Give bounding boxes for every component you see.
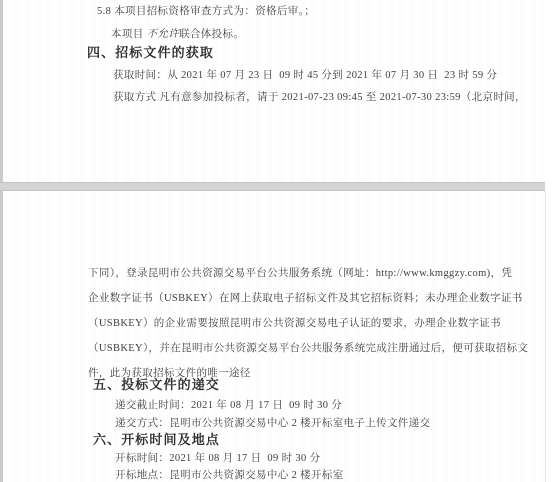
- joint-bid-emphasis: 不允许: [147, 29, 180, 40]
- section-5-heading: 五、投标文件的递交: [93, 377, 220, 392]
- section-6-heading: 六、开标时间及地点: [93, 432, 220, 447]
- document-page-1: 5.8 本项目招标资格审查方式为：资格后审。； 本项目 不允许联合体投标。 四、…: [3, 0, 545, 182]
- joint-bid-suffix: 联合体投标。: [179, 29, 244, 40]
- page-gap: [0, 182, 545, 191]
- open-time-line: 开标时间：2021 年 08 月 17 日 09 时 30 分: [115, 453, 320, 465]
- continuation-line-2: 企业数字证书（USBKEY）在网上获取电子招标文件及其它招标资料；未办理企业数字…: [88, 293, 523, 305]
- document-viewer: 5.8 本项目招标资格审查方式为：资格后审。； 本项目 不允许联合体投标。 四、…: [0, 0, 554, 482]
- joint-bid-prefix: 本项目: [111, 29, 147, 40]
- continuation-line-4: （USBKEY），并在昆明市公共资源交易平台公共服务系统完成注册通过后，便可获取…: [88, 343, 528, 355]
- document-page-2: 下同），登录昆明市公共资源交易平台公共服务系统（网址：http://www.km…: [3, 191, 546, 482]
- continuation-line-3: （USBKEY）的企业需要按照昆明市公共资源交易电子认证的要求，办理企业数字证书: [88, 318, 501, 330]
- joint-bid-line: 本项目 不允许联合体投标。: [111, 29, 244, 41]
- obtain-method-line: 获取方式 凡有意参加投标者，请于 2021-07-23 09:45 至 2021…: [113, 92, 526, 104]
- section-4-heading: 四、招标文件的获取: [87, 45, 214, 60]
- continuation-line-1: 下同），登录昆明市公共资源交易平台公共服务系统（网址：http://www.km…: [88, 268, 512, 280]
- submit-method-line: 递交方式：昆明市公共资源交易中心 2 楼开标室电子上传文件递交: [115, 418, 430, 430]
- obtain-time-line: 获取时间：从 2021 年 07 月 23 日 09 时 45 分到 2021 …: [113, 70, 497, 82]
- clause-5-8-line: 5.8 本项目招标资格审查方式为：资格后审。；: [97, 6, 315, 18]
- submit-deadline-line: 递交截止时间：2021 年 08 月 17 日 09 时 30 分: [115, 400, 342, 412]
- open-place-line: 开标地点：昆明市公共资源交易中心 2 楼开标室: [115, 470, 344, 482]
